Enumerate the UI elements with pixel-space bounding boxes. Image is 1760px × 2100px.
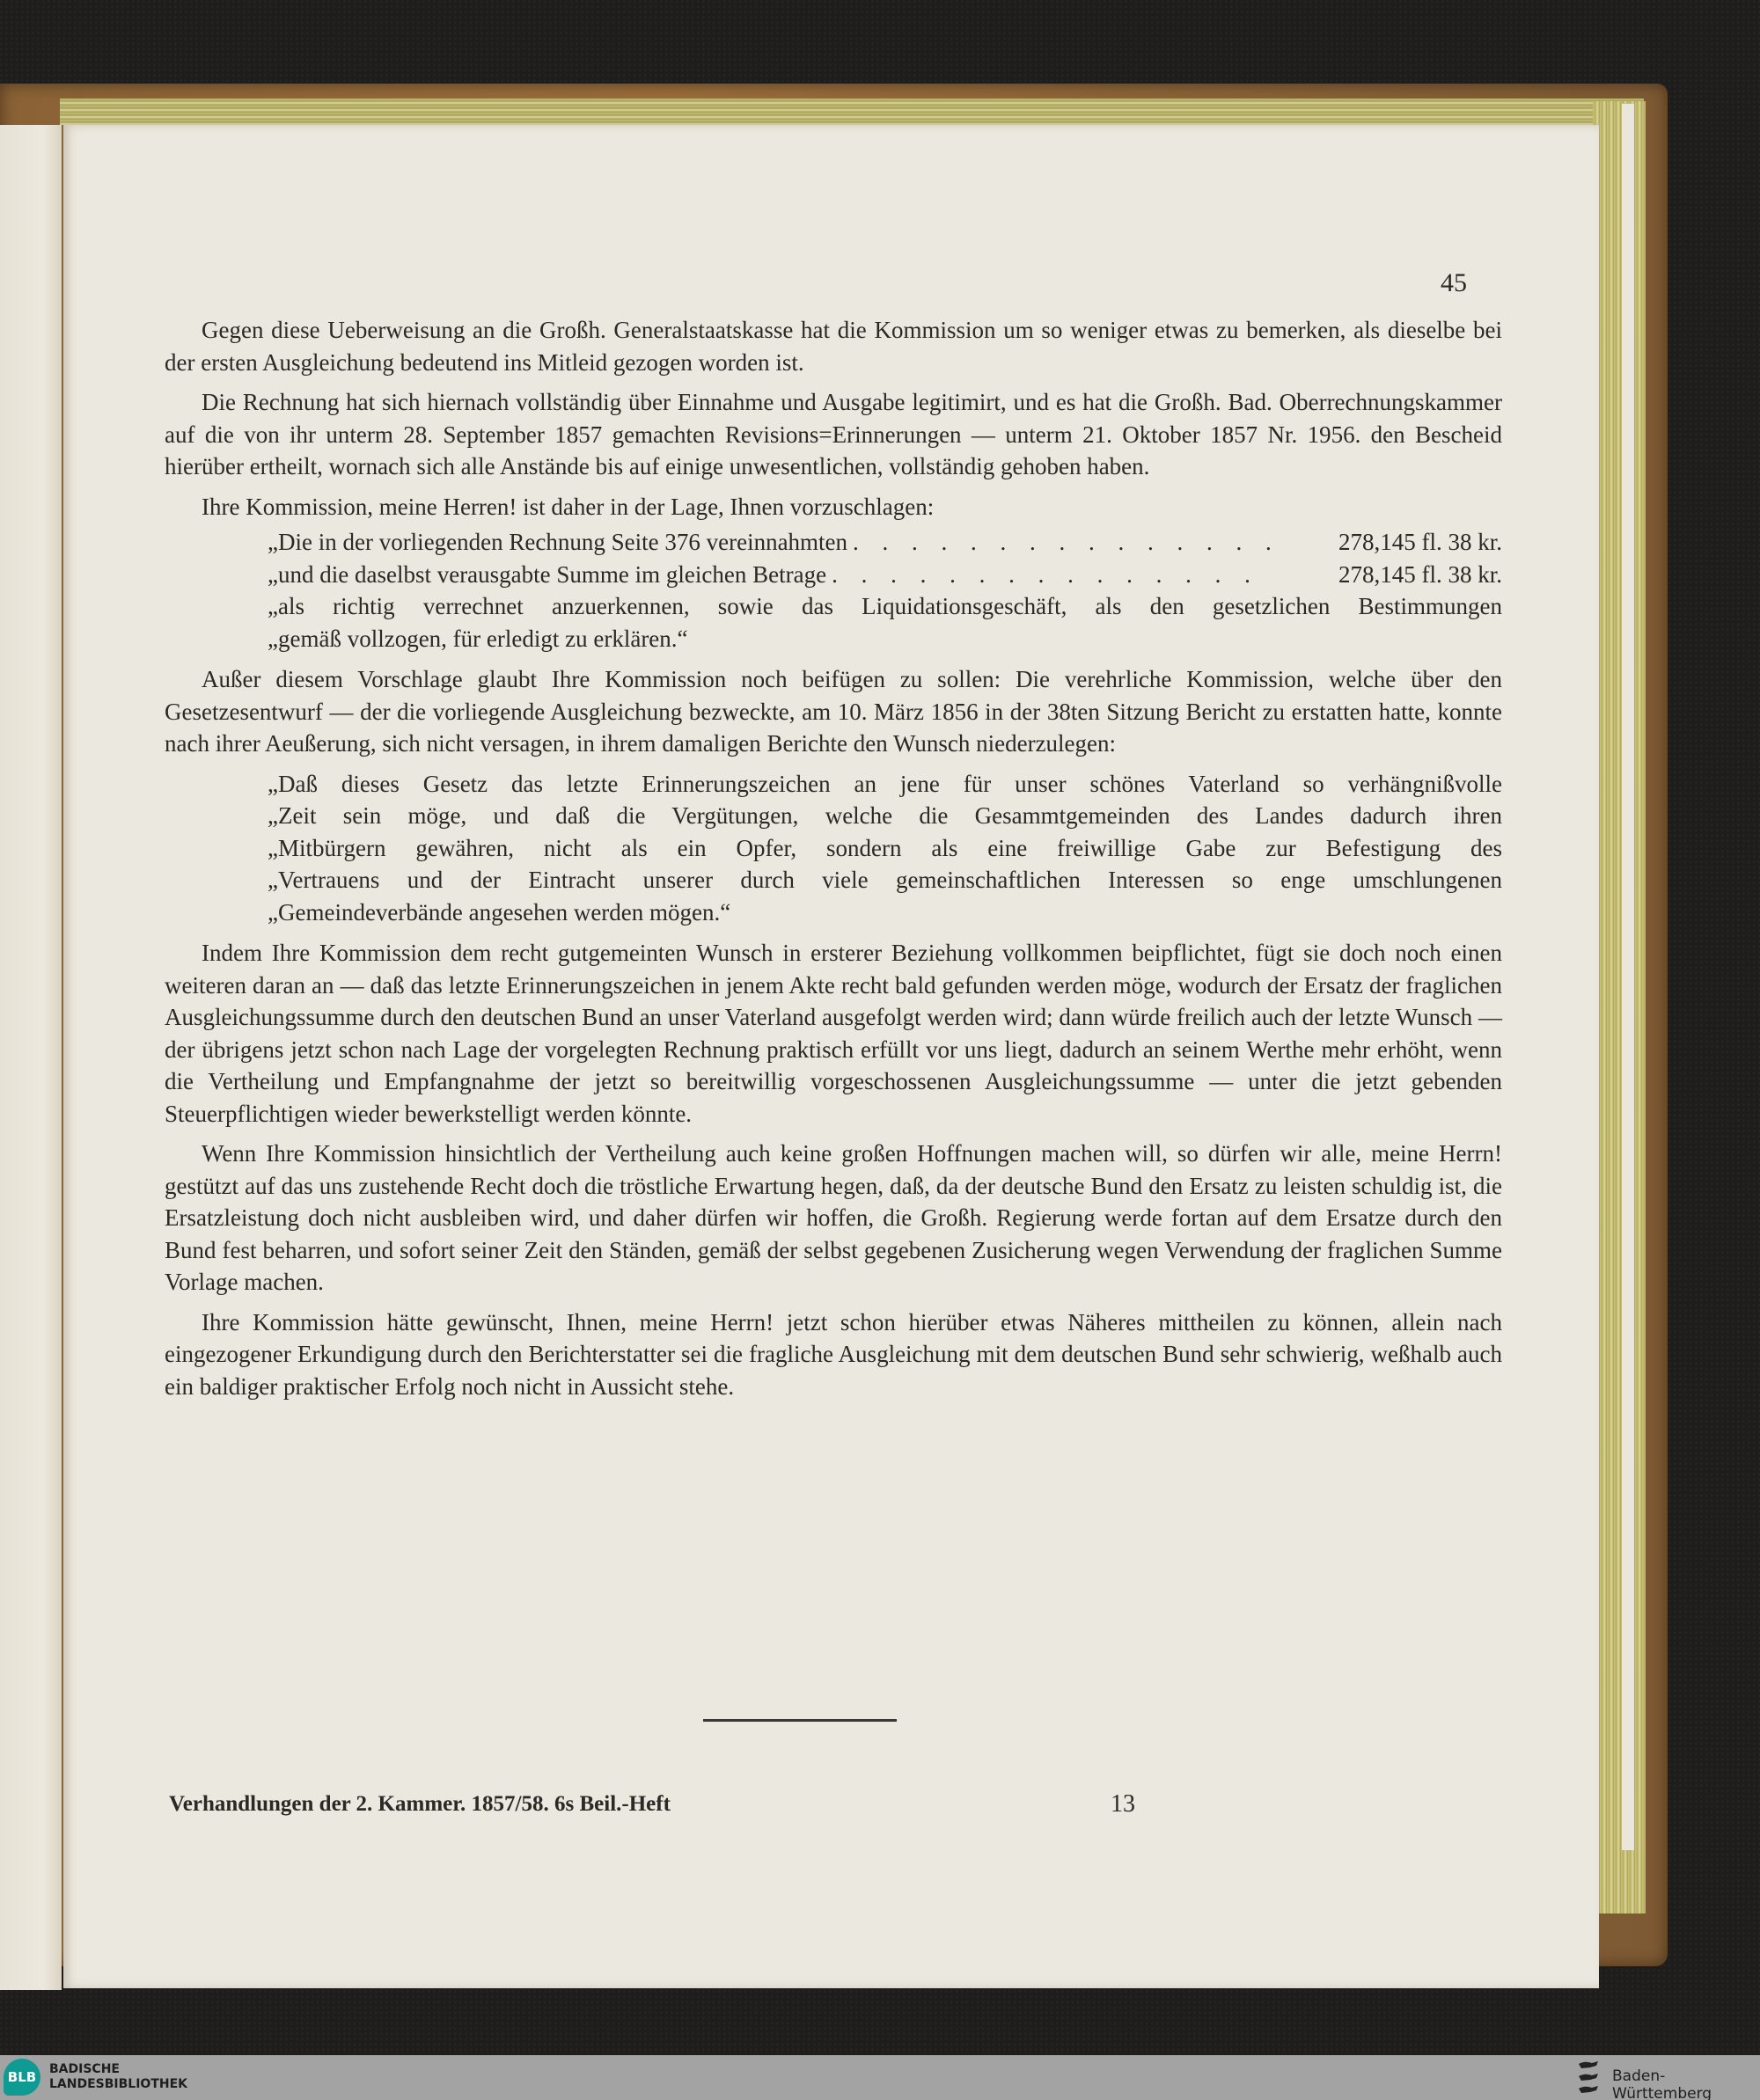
amount-label: „und die daselbst verausgabte Summe im g…	[268, 559, 826, 591]
paragraph-7: Ihre Kommission hätte gewünscht, Ihnen, …	[165, 1306, 1502, 1403]
library-name: BADISCHE LANDESBIBLIOTHEK	[49, 2062, 187, 2092]
signature-line: Verhandlungen der 2. Kammer. 1857/58. 6s…	[169, 1792, 671, 1817]
quote-line: „Gemeindeverbände angesehen werden mögen…	[268, 896, 1502, 929]
proposal-line: „als richtig verrechnet anzuerkennen, so…	[268, 590, 1502, 623]
paragraph-3: Ihre Kommission, meine Herren! ist daher…	[165, 491, 1502, 523]
page-stack-top-edge	[60, 99, 1644, 125]
quoted-wish: „Daß dieses Gesetz das letzte Erinnerung…	[165, 768, 1502, 929]
library-name-line1: BADISCHE	[49, 2062, 187, 2077]
blb-logo-icon: BLB	[4, 2059, 40, 2096]
paragraph-2: Die Rechnung hat sich hiernach vollständ…	[165, 386, 1502, 483]
amount-value: 278,145 fl. 38 kr.	[1338, 559, 1502, 591]
proposal-block: „Die in der vorliegenden Rechnung Seite …	[165, 526, 1502, 655]
paragraph-4: Außer diesem Vorschlage glaubt Ihre Komm…	[165, 663, 1502, 760]
section-divider-rule	[703, 1719, 897, 1722]
amount-row-expense: „und die daselbst verausgabte Summe im g…	[165, 559, 1502, 591]
amount-row-income: „Die in der vorliegenden Rechnung Seite …	[165, 526, 1502, 559]
paragraph-1: Gegen diese Ueberweisung an die Großh. G…	[165, 314, 1502, 378]
dot-leader: . . . . . . . . . . . . . . .	[826, 559, 1338, 591]
paragraph-6: Wenn Ihre Kommission hinsichtlich der Ve…	[165, 1138, 1502, 1299]
sheet-number: 13	[1111, 1790, 1135, 1818]
page-number: 45	[1441, 268, 1467, 298]
library-banner: BLB BADISCHE LANDESBIBLIOTHEK Baden-Würt…	[0, 2055, 1760, 2100]
facing-page-sliver	[0, 125, 62, 1990]
amount-value: 278,145 fl. 38 kr.	[1338, 526, 1502, 559]
loose-sheet-edge	[1622, 104, 1634, 1850]
proposal-line: „gemäß vollzogen, für erledigt zu erklär…	[268, 623, 1502, 655]
library-name-line2: LANDESBIBLIOTHEK	[49, 2077, 187, 2092]
state-label: Baden-Württemberg	[1612, 2067, 1760, 2100]
page-body: Gegen diese Ueberweisung an die Großh. G…	[165, 314, 1502, 1410]
amount-label: „Die in der vorliegenden Rechnung Seite …	[268, 526, 847, 559]
paragraph-5: Indem Ihre Kommission dem recht gutgemei…	[165, 937, 1502, 1130]
dot-leader: . . . . . . . . . . . . . . .	[847, 526, 1338, 559]
quote-line: „Daß dieses Gesetz das letzte Erinnerung…	[268, 768, 1502, 801]
three-lions-coat-of-arms-icon	[1576, 2059, 1601, 2097]
scanned-page: 45 Gegen diese Ueberweisung an die Großh…	[63, 125, 1599, 1988]
quote-line: „Vertrauens und der Eintracht unserer du…	[268, 864, 1502, 896]
page-stack-right-edge	[1593, 101, 1646, 1913]
quote-line: „Zeit sein möge, und daß die Vergütungen…	[268, 800, 1502, 832]
quote-line: „Mitbürgern gewähren, nicht als ein Opfe…	[268, 832, 1502, 865]
